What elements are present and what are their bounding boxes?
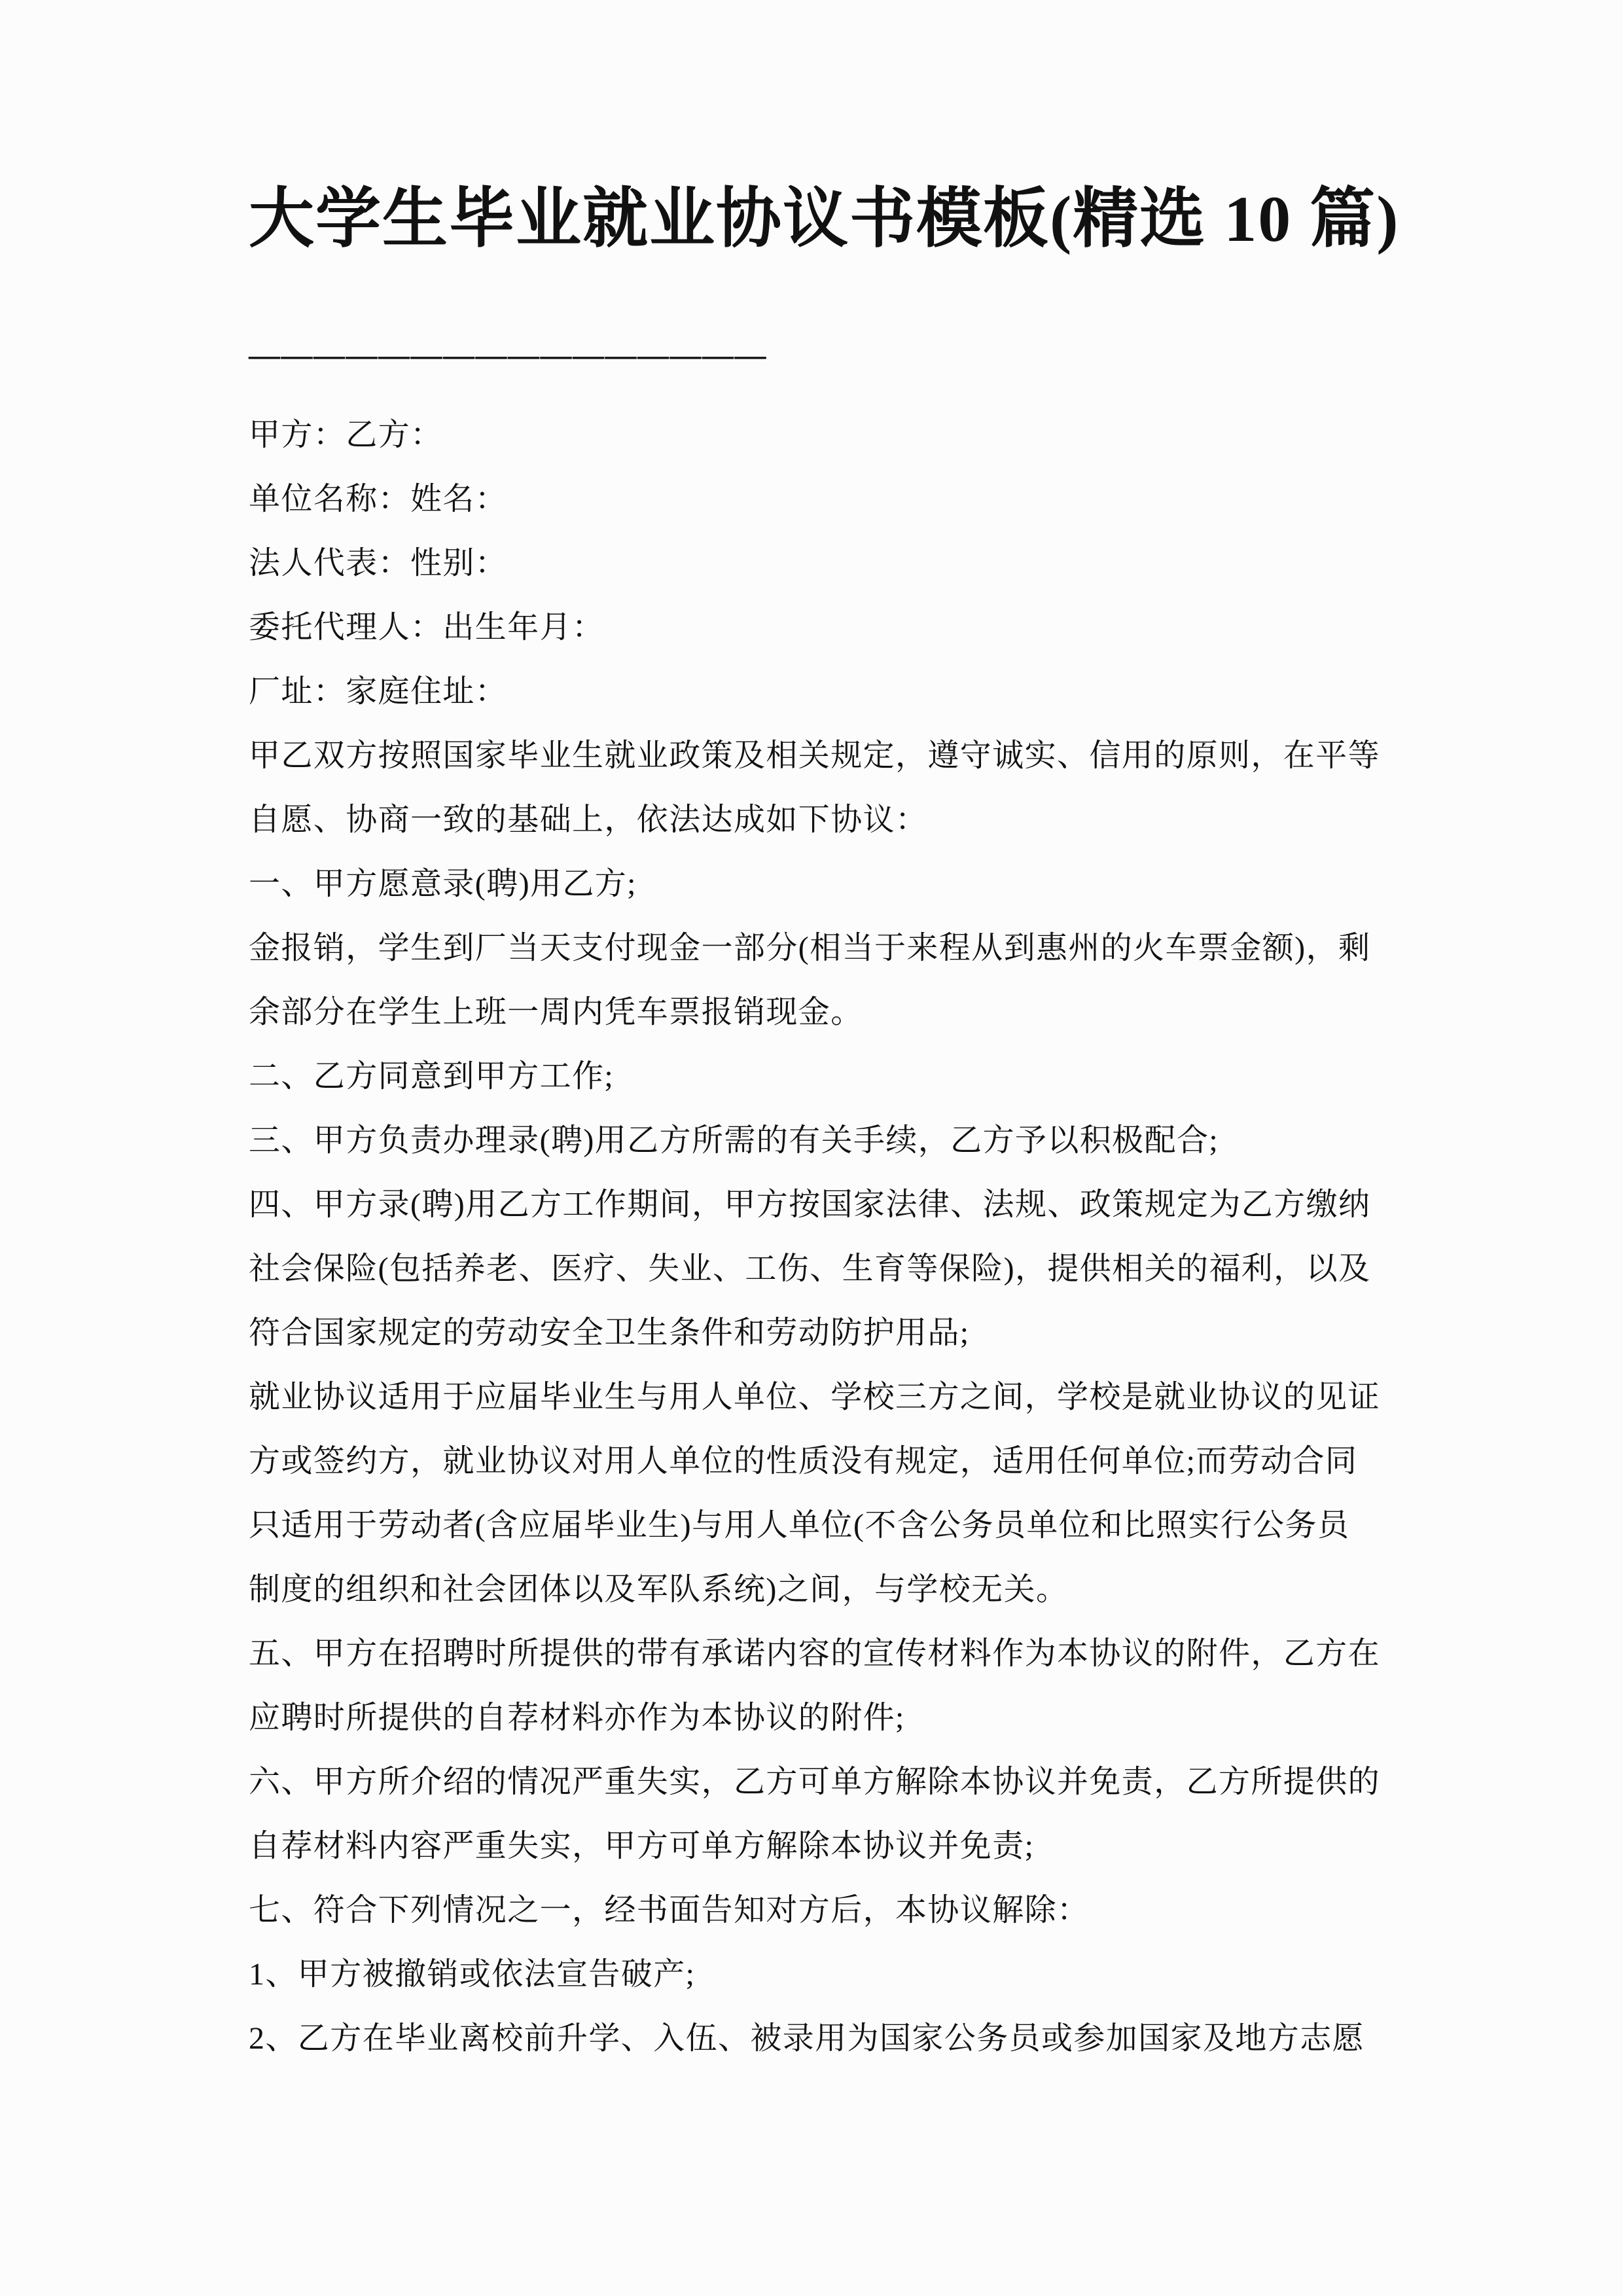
body-line: 2、乙方在毕业离校前升学、入伍、被录用为国家公务员或参加国家及地方志愿 <box>249 2007 1382 2071</box>
body-line: 法人代表：性别： <box>249 531 1382 596</box>
body-line: 五、甲方在招聘时所提供的带有承诺内容的宣传材料作为本协议的附件，乙方在 <box>249 1622 1382 1686</box>
body-line: 余部分在学生上班一周内凭车票报销现金。 <box>249 980 1382 1045</box>
body-line: 四、甲方录(聘)用乙方工作期间，甲方按国家法律、法规、政策规定为乙方缴纳 <box>249 1173 1382 1237</box>
body-line: 社会保险(包括养老、医疗、失业、工伤、生育等保险)，提供相关的福利，以及 <box>249 1237 1382 1301</box>
body-line: 厂址：家庭住址： <box>249 660 1382 724</box>
body-line: 符合国家规定的劳动安全卫生条件和劳动防护用品; <box>249 1301 1382 1365</box>
body-line: 就业协议适用于应届毕业生与用人单位、学校三方之间，学校是就业协议的见证 <box>249 1365 1382 1429</box>
body-line: 方或签约方，就业协议对用人单位的性质没有规定，适用任何单位;而劳动合同 <box>249 1429 1382 1494</box>
body-line: 甲方：乙方： <box>249 403 1382 467</box>
body-line: 三、甲方负责办理录(聘)用乙方所需的有关手续，乙方予以积极配合; <box>249 1109 1382 1173</box>
body-line: 二、乙方同意到甲方工作; <box>249 1045 1382 1109</box>
document-body: 甲方：乙方：单位名称：姓名：法人代表：性别：委托代理人：出生年月：厂址：家庭住址… <box>249 403 1382 2071</box>
body-line: 只适用于劳动者(含应届毕业生)与用人单位(不含公务员单位和比照实行公务员 <box>249 1494 1382 1558</box>
separator-dashes: ———————————————— <box>249 332 1382 378</box>
body-line: 自愿、协商一致的基础上，依法达成如下协议： <box>249 788 1382 852</box>
body-line: 1、甲方被撤销或依法宣告破产; <box>249 1943 1382 2007</box>
document-page: 大学生毕业就业协议书模板(精选 10 篇) ———————————————— 甲… <box>0 0 1623 2296</box>
body-line: 一、甲方愿意录(聘)用乙方; <box>249 852 1382 916</box>
body-line: 自荐材料内容严重失实，甲方可单方解除本协议并免责; <box>249 1814 1382 1878</box>
body-line: 七、符合下列情况之一，经书面告知对方后，本协议解除： <box>249 1878 1382 1943</box>
body-line: 甲乙双方按照国家毕业生就业政策及相关规定，遵守诚实、信用的原则，在平等 <box>249 724 1382 788</box>
body-line: 单位名称：姓名： <box>249 467 1382 531</box>
body-line: 金报销，学生到厂当天支付现金一部分(相当于来程从到惠州的火车票金额)，剩 <box>249 916 1382 980</box>
document-title: 大学生毕业就业协议书模板(精选 10 篇) <box>249 164 1382 275</box>
body-line: 六、甲方所介绍的情况严重失实，乙方可单方解除本协议并免责，乙方所提供的 <box>249 1750 1382 1814</box>
body-line: 制度的组织和社会团体以及军队系统)之间，与学校无关。 <box>249 1558 1382 1622</box>
body-line: 委托代理人：出生年月： <box>249 596 1382 660</box>
body-line: 应聘时所提供的自荐材料亦作为本协议的附件; <box>249 1686 1382 1750</box>
